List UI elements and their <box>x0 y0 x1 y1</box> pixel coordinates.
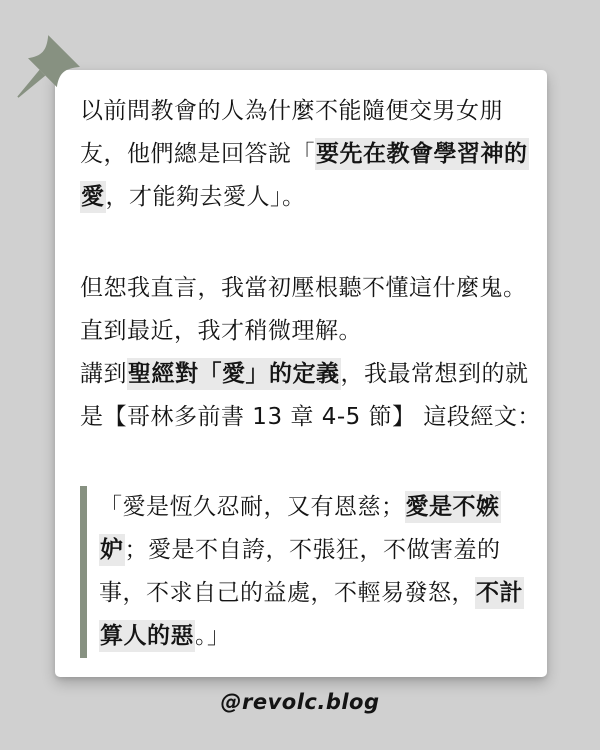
pushpin-icon <box>0 29 90 107</box>
author-handle: @revolc.blog <box>0 690 600 714</box>
paragraph-reflection: 但恕我直言，我當初壓根聽不懂這什麼鬼。直到最近，我才稍微理解。講到聖經對「愛」的… <box>80 267 522 439</box>
paragraph-intro: 以前問教會的人為什麼不能隨便交男女朋友，他們總是回答說「要先在教會學習神的愛，才… <box>80 90 522 219</box>
scripture-quote: 「愛是恆久忍耐，又有恩慈；愛是不嫉妒；愛是不自誇，不張狂，不做害羞的事，不求自己… <box>80 486 522 658</box>
post-card: 以前問教會的人為什麼不能隨便交男女朋友，他們總是回答說「要先在教會學習神的愛，才… <box>55 70 547 677</box>
